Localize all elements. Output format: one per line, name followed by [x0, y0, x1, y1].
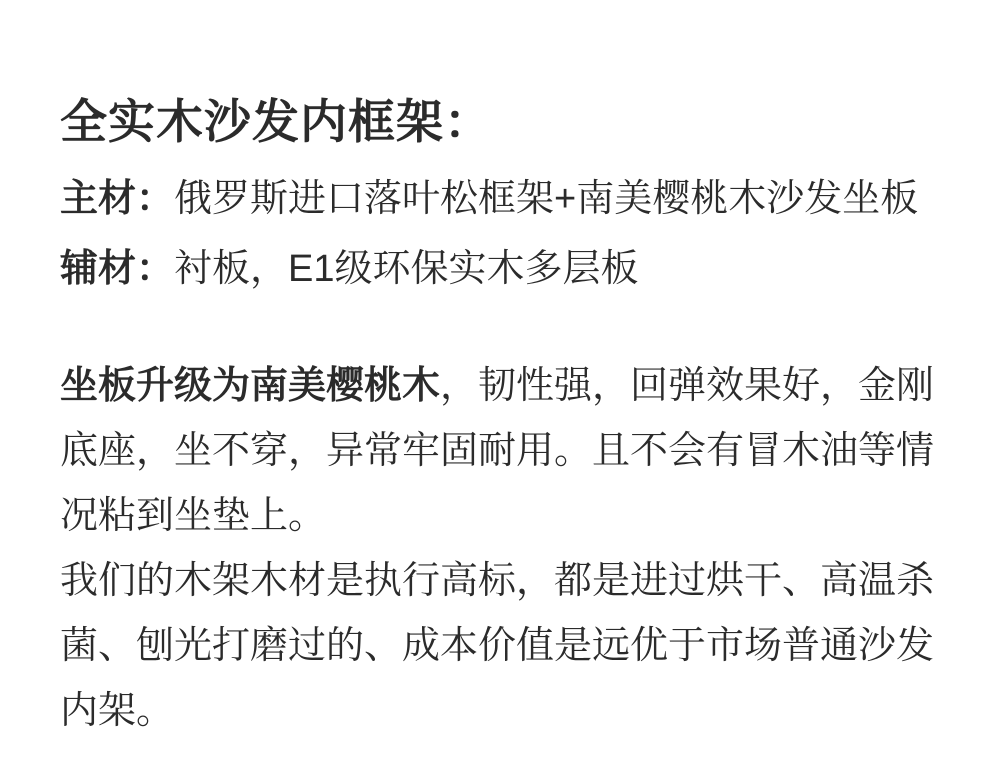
spec-label-auxiliary-material: 辅材： [60, 248, 174, 290]
page-title: 全实木沙发内框架： [60, 94, 940, 150]
spec-label-main-material: 主材： [60, 178, 174, 220]
description-paragraph-seat-board: 坐板升级为南美樱桃木，韧性强，回弹效果好，金刚底座，坐不穿，异常牢固耐用。且不会… [60, 354, 940, 549]
spec-line-main-material: 主材：俄罗斯进口落叶松框架+南美樱桃木沙发坐板 [60, 164, 940, 234]
section-gap [60, 304, 940, 354]
description-paragraph-wood-standard: 我们的木架木材是执行高标，都是进过烘干、高温杀菌、刨光打磨过的、成本价值是远优于… [60, 549, 940, 744]
paragraph-body-text: 我们的木架木材是执行高标，都是进过烘干、高温杀菌、刨光打磨过的、成本价值是远优于… [60, 560, 934, 732]
paragraph-lead-bold: 坐板升级为南美樱桃木 [60, 365, 440, 407]
spec-value-auxiliary-material: 衬板，E1级环保实木多层板 [174, 248, 638, 290]
spec-line-auxiliary-material: 辅材：衬板，E1级环保实木多层板 [60, 234, 940, 304]
spec-value-main-material: 俄罗斯进口落叶松框架+南美樱桃木沙发坐板 [174, 178, 918, 220]
product-description-block: 全实木沙发内框架： 主材：俄罗斯进口落叶松框架+南美樱桃木沙发坐板 辅材：衬板，… [0, 0, 1000, 744]
